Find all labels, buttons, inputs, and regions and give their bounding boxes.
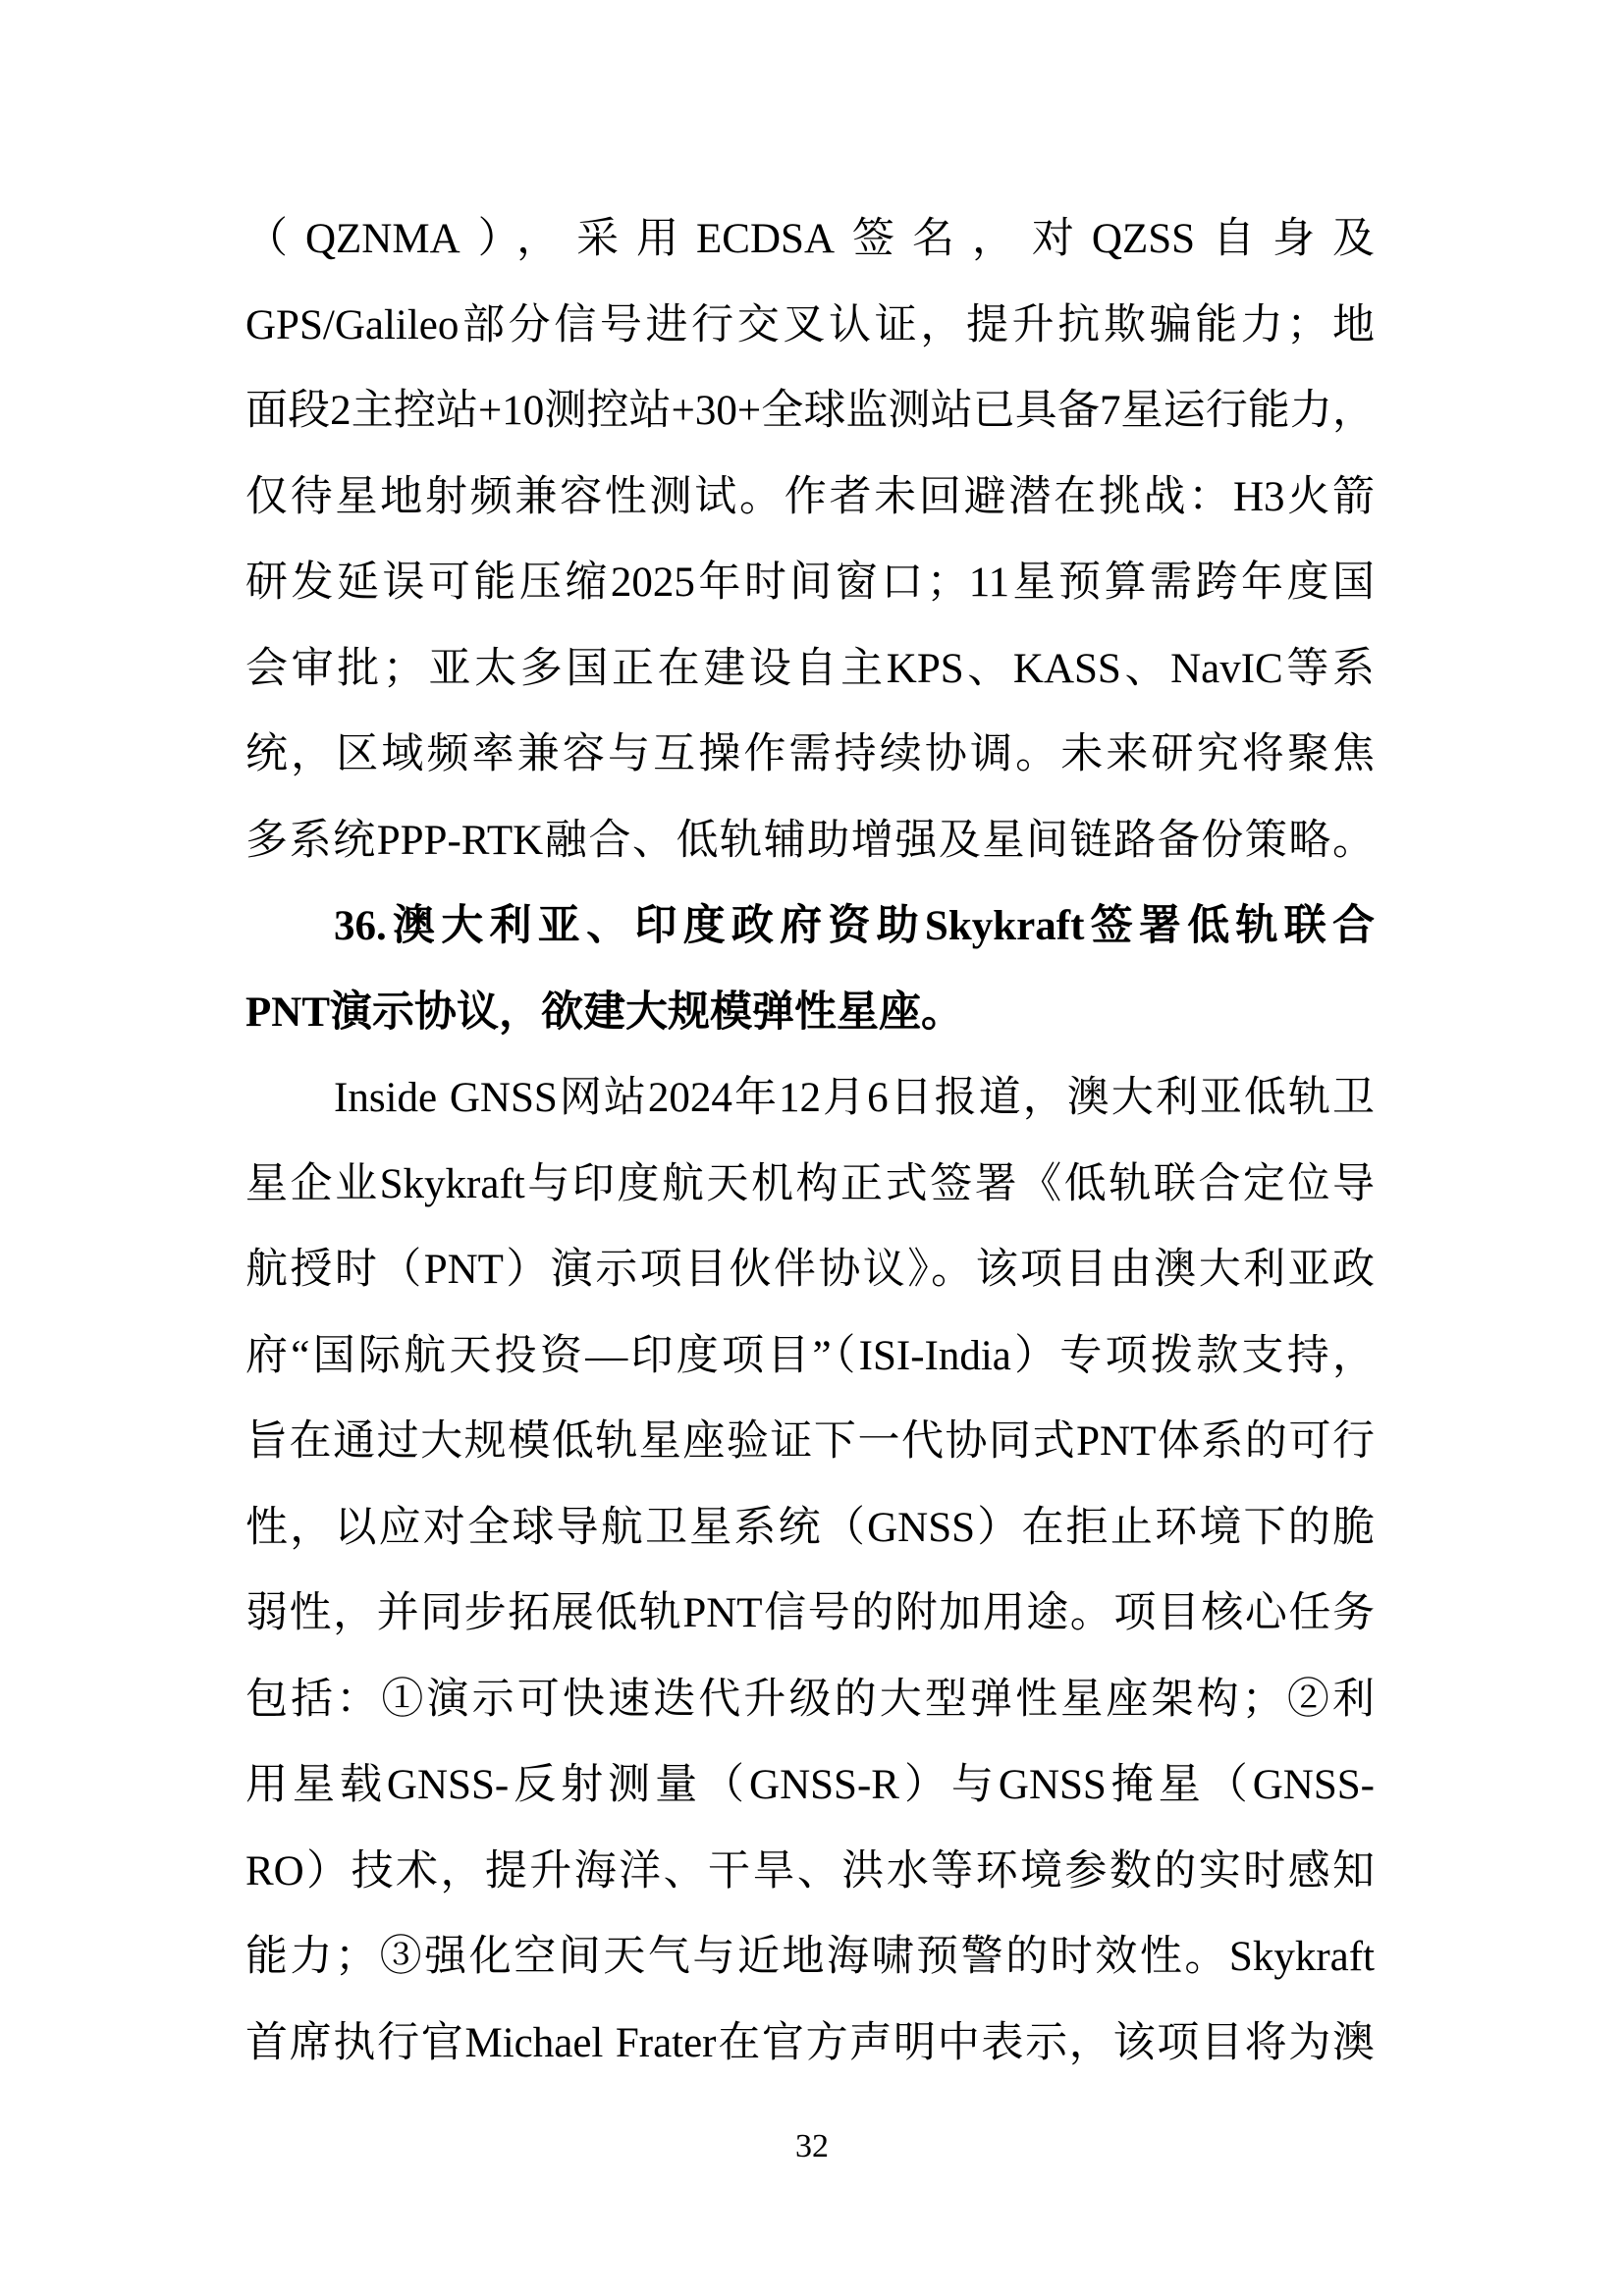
text-line: 用星载GNSS-反射测量（GNSS-R）与GNSS掩星（GNSS- — [245, 1742, 1375, 1829]
text-line: 星企业Skykraft与印度航天机构正式签署《低轨联合定位导 — [245, 1142, 1375, 1228]
text-line: 仅待星地射频兼容性测试。作者未回避潜在挑战：H3火箭 — [245, 454, 1375, 541]
text-line: 航授时（PNT）演示项目伙伴协议》。该项目由澳大利亚政 — [245, 1227, 1375, 1313]
text-line: 面段2主控站+10测控站+30+全球监测站已具备7星运行能力， — [245, 368, 1375, 454]
text-line: 会审批；亚太多国正在建设自主KPS、KASS、NavIC等系 — [245, 626, 1375, 713]
text-line: GPS/Galileo部分信号进行交叉认证，提升抗欺骗能力；地 — [245, 283, 1375, 369]
page-footer: 32 — [0, 2128, 1624, 2165]
paragraph-qzss-continuation: （QZNMA），采用ECDSA签名，对QZSS自身及 GPS/Galileo部分… — [245, 196, 1375, 883]
heading-line: PNT演示协议，欲建大规模弹性星座。 — [245, 970, 1375, 1056]
heading-item-36: 36.澳大利亚、印度政府资助Skykraft签署低轨联合 PNT演示协议，欲建大… — [245, 883, 1375, 1055]
text-line: 统，区域频率兼容与互操作需持续协调。未来研究将聚焦 — [245, 712, 1375, 798]
text-line: RO）技术，提升海洋、干旱、洪水等环境参数的实时感知 — [245, 1829, 1375, 1915]
text-line: （QZNMA），采用ECDSA签名，对QZSS自身及 — [245, 196, 1375, 283]
text-line: 旨在通过大规模低轨星座验证下一代协同式PNT体系的可行 — [245, 1399, 1375, 1485]
text-line: 首席执行官Michael Frater在官方声明中表示，该项目将为澳 — [245, 2001, 1375, 2087]
document-page: （QZNMA），采用ECDSA签名，对QZSS自身及 GPS/Galileo部分… — [0, 0, 1624, 2296]
text-line: 能力；③强化空间天气与近地海啸预警的时效性。Skykraft — [245, 1914, 1375, 2001]
text-line: 多系统PPP-RTK融合、低轨辅助增强及星间链路备份策略。 — [245, 798, 1375, 884]
text-line: 府“国际航天投资—印度项目”（ISI-India）专项拨款支持， — [245, 1313, 1375, 1400]
heading-line: 36.澳大利亚、印度政府资助Skykraft签署低轨联合 — [245, 883, 1375, 970]
paragraph-skykraft: Inside GNSS网站2024年12月6日报道，澳大利亚低轨卫 星企业Sky… — [245, 1055, 1375, 2086]
text-line: 性，以应对全球导航卫星系统（GNSS）在拒止环境下的脆 — [245, 1485, 1375, 1572]
text-line: 包括：①演示可快速迭代升级的大型弹性星座架构；②利 — [245, 1657, 1375, 1743]
text-block: （QZNMA），采用ECDSA签名，对QZSS自身及 GPS/Galileo部分… — [245, 196, 1375, 2086]
text-line: 研发延误可能压缩2025年时间窗口；11星预算需跨年度国 — [245, 540, 1375, 626]
text-line: Inside GNSS网站2024年12月6日报道，澳大利亚低轨卫 — [245, 1055, 1375, 1142]
page-number: 32 — [795, 2128, 829, 2164]
text-line: 弱性，并同步拓展低轨PNT信号的附加用途。项目核心任务 — [245, 1571, 1375, 1657]
